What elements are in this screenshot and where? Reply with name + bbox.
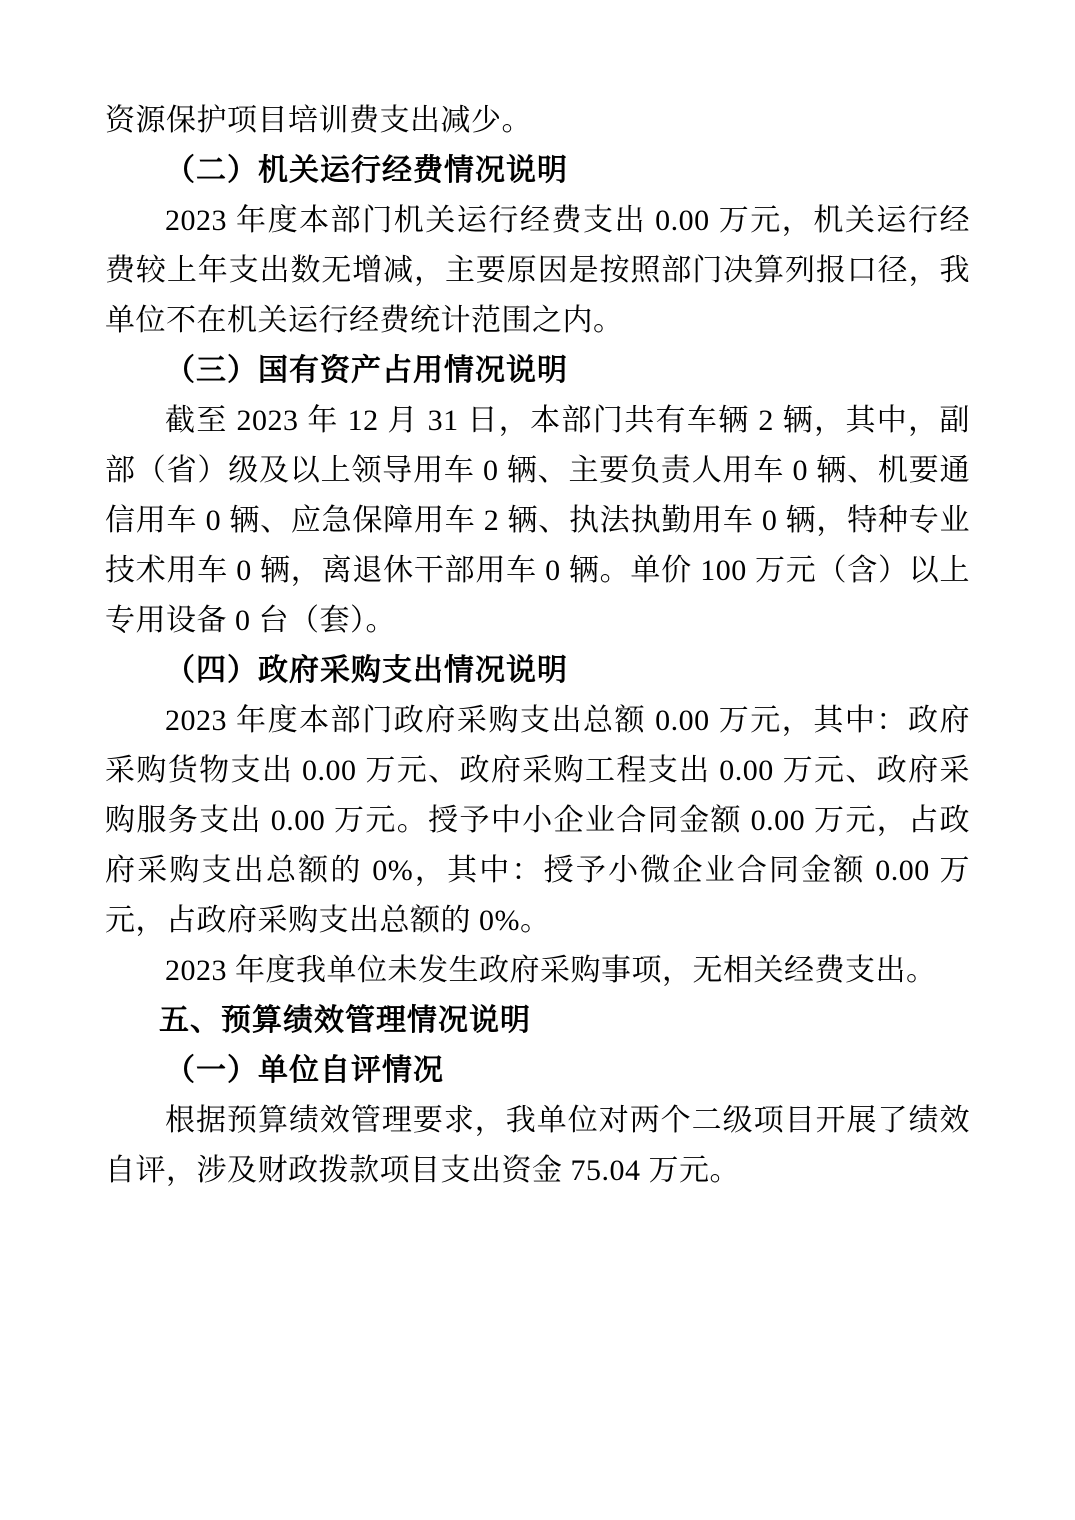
body-paragraph-government-procurement: 2023 年度本部门政府采购支出总额 0.00 万元，其中：政府采购货物支出 0… bbox=[105, 696, 970, 946]
heading-budget-performance-management: 五、预算绩效管理情况说明 bbox=[105, 996, 970, 1046]
body-paragraph-state-owned-assets: 截至 2023 年 12 月 31 日，本部门共有车辆 2 辆，其中，副部（省）… bbox=[105, 396, 970, 646]
heading-government-procurement: （四）政府采购支出情况说明 bbox=[105, 646, 970, 696]
heading-unit-self-evaluation: （一）单位自评情况 bbox=[105, 1046, 970, 1096]
body-paragraph-no-procurement: 2023 年度我单位未发生政府采购事项，无相关经费支出。 bbox=[105, 946, 970, 996]
body-paragraph-continuation: 资源保护项目培训费支出减少。 bbox=[105, 96, 970, 146]
heading-organ-operating-expenses: （二）机关运行经费情况说明 bbox=[105, 146, 970, 196]
document-page: 资源保护项目培训费支出减少。 （二）机关运行经费情况说明 2023 年度本部门机… bbox=[0, 0, 1075, 1520]
heading-state-owned-assets: （三）国有资产占用情况说明 bbox=[105, 346, 970, 396]
body-paragraph-organ-operating-expenses: 2023 年度本部门机关运行经费支出 0.00 万元，机关运行经费较上年支出数无… bbox=[105, 196, 970, 346]
body-paragraph-self-evaluation: 根据预算绩效管理要求，我单位对两个二级项目开展了绩效自评，涉及财政拨款项目支出资… bbox=[105, 1096, 970, 1196]
